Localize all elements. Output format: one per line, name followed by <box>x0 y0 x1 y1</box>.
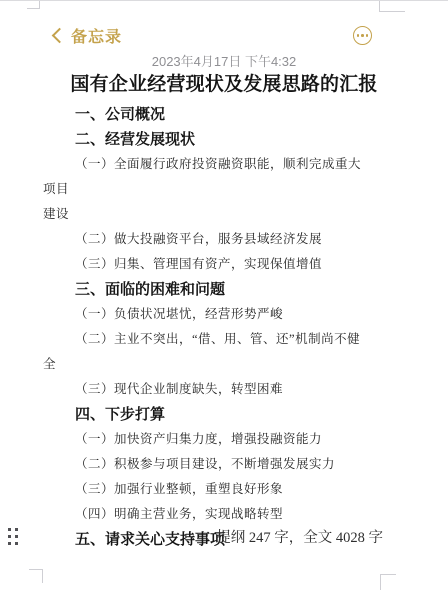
outline-item: （一）加快资产归集力度，增强投融资能力 <box>43 427 370 452</box>
outline-item: （一）全面履行政府投资融资职能，顺利完成重大项目 建设 <box>43 152 370 227</box>
outline-item: （三）归集、管理国有资产，实现保值增值 <box>43 252 370 277</box>
word-count-stats: 提纲 247 字，全文 4028 字 <box>0 526 383 551</box>
back-label: 备忘录 <box>71 24 122 47</box>
crop-mark-top-left <box>27 1 40 9</box>
outline-heading: 三、面临的困难和问题 <box>43 277 370 302</box>
outline-item: （二）主业不突出，“借、用、管、还”机制尚不健全 <box>43 327 370 377</box>
crop-mark-top-right <box>379 1 405 12</box>
drag-handle-icon[interactable] <box>8 528 18 545</box>
top-bar: 备忘录 <box>0 23 448 47</box>
ellipsis-icon <box>357 34 360 37</box>
crop-mark-bottom-right <box>380 574 396 590</box>
outline-item: （三）加强行业整顿，重塑良好形象 <box>43 477 370 502</box>
crop-mark-bottom-left <box>29 569 43 583</box>
outline-item: （四）明确主营业务，实现战略转型 <box>43 502 370 527</box>
back-button[interactable]: 备忘录 <box>54 23 122 47</box>
outline-item: （一）负债状况堪忧，经营形势严峻 <box>43 302 370 327</box>
outline-item: （三）现代企业制度缺失，转型困难 <box>43 377 370 402</box>
chevron-left-icon <box>52 28 68 44</box>
memo-page: 备忘录 2023年4月17日 下午4:32 国有企业经营现状及发展思路的汇报 一… <box>0 0 448 600</box>
note-title[interactable]: 国有企业经营现状及发展思路的汇报 <box>0 73 448 97</box>
note-body[interactable]: 一、公司概况二、经营发展现状（一）全面履行政府投资融资职能，顺利完成重大项目 建… <box>43 102 370 552</box>
more-button[interactable] <box>353 26 372 45</box>
outline-heading: 一、公司概况 <box>43 102 370 127</box>
outline-heading: 二、经营发展现状 <box>43 127 370 152</box>
outline-item: （二）积极参与项目建设，不断增强发展实力 <box>43 452 370 477</box>
outline-heading: 四、下步打算 <box>43 402 370 427</box>
outline-item: （二）做大投融资平台，服务县域经济发展 <box>43 227 370 252</box>
note-date: 2023年4月17日 下午4:32 <box>0 54 448 70</box>
